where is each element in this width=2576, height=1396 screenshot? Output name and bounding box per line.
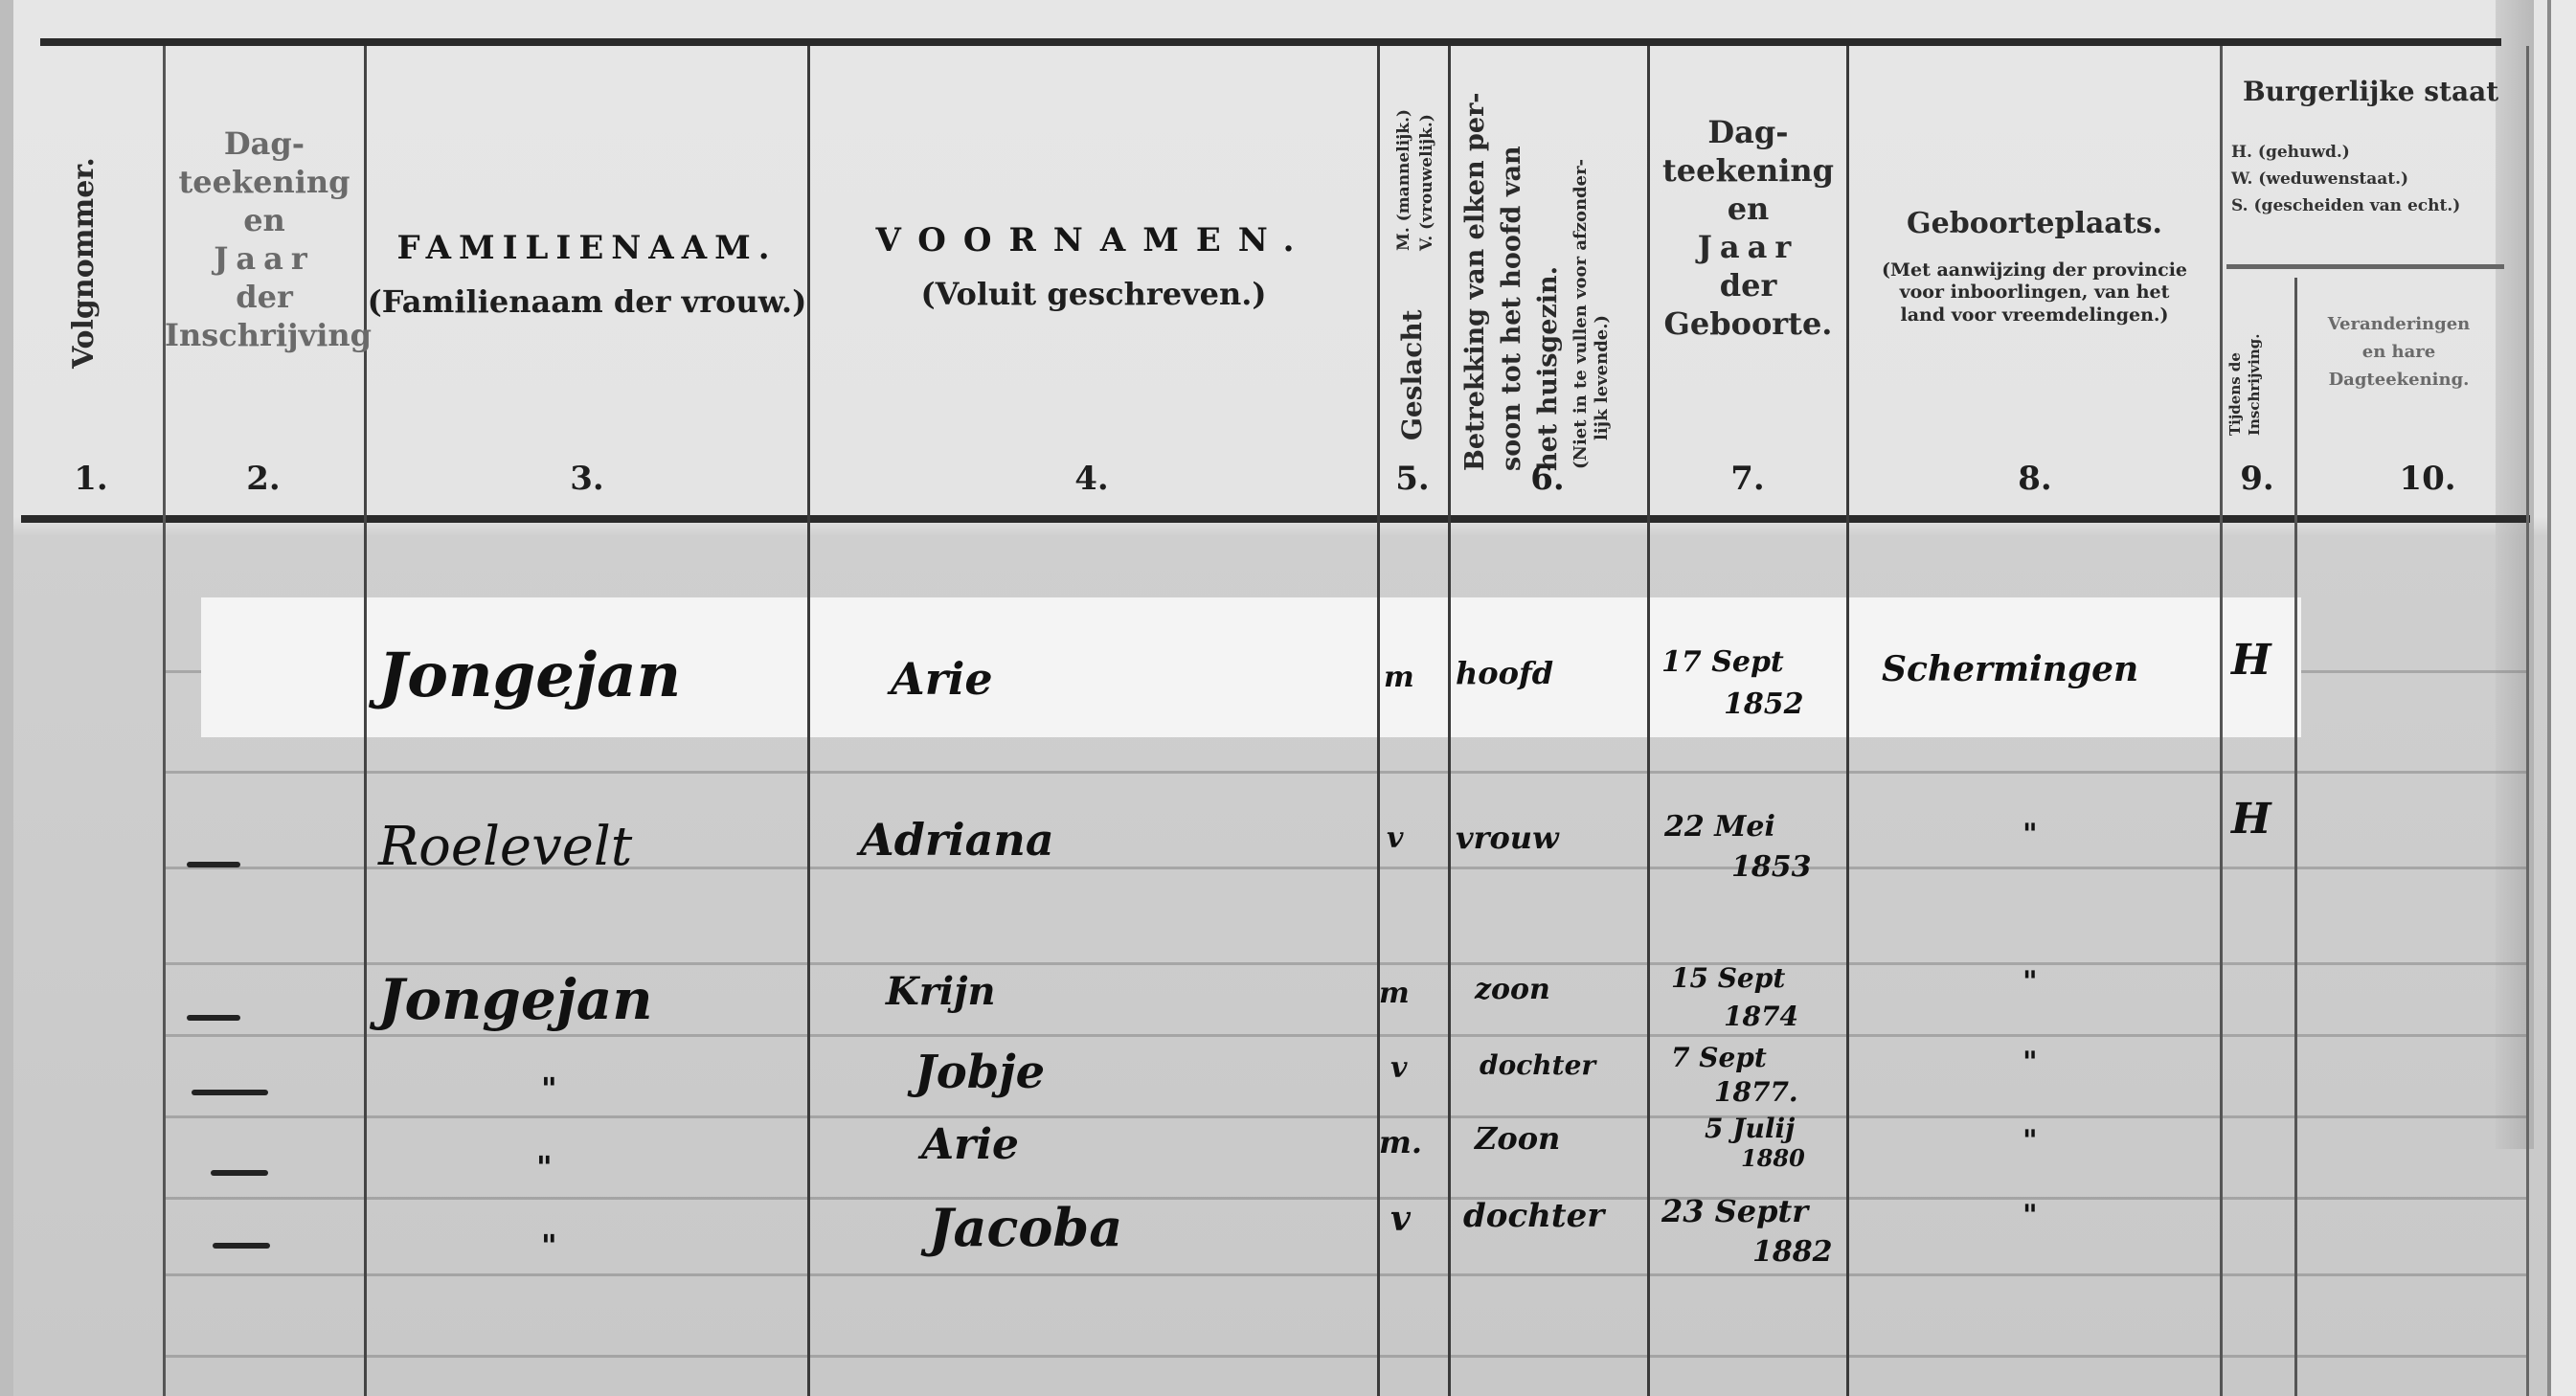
geboortejaar-cell: 1853 [1731,850,1812,884]
header-line: soon tot het hoofd van [1494,92,1530,471]
geboortedatum-cell: 7 Sept [1671,1042,1767,1073]
geslacht-cell: m. [1379,1124,1422,1160]
header-line: Betrekking van elken per- [1457,92,1494,471]
ledger-rule [163,1034,2528,1037]
inschrijving-dash [192,1090,268,1095]
header-geboorteplaats: Geboorteplaats. (Met aanwijzing der prov… [1849,206,2220,327]
header-bottom-rule [21,515,2530,523]
header-line: en hare [2298,339,2499,367]
header-line: der [1650,266,1846,304]
voornamen-cell: Krijn [886,969,996,1014]
header-line: Inschrijving. [2245,334,2264,436]
column-divider [1377,46,1380,1396]
ledger-rule [163,1197,2528,1200]
geboortejaar-cell: 1874 [1724,1001,1798,1032]
column-number: 7. [1719,460,1776,498]
header-line: (Niet in te vullen voor afzonder- [1570,159,1592,469]
inschrijving-dash [213,1243,270,1249]
column-divider [2294,278,2297,1396]
geboortedatum-cell: 17 Sept [1661,645,1784,679]
column-number: 8. [2006,460,2064,498]
geboortejaar-cell: 1880 [1741,1144,1805,1172]
column-number: 5. [1384,460,1441,498]
column-divider [2526,46,2529,1396]
familienaam-cell: " [541,1070,557,1107]
familienaam-cell: Jongejan [378,967,653,1032]
geslacht-cell: m [1384,661,1414,694]
familienaam-cell: Roelevelt [378,816,632,878]
familienaam-cell: " [541,1227,557,1264]
header-line: teekening [165,163,364,201]
geboortejaar-cell: 1882 [1752,1235,1833,1269]
ledger-rule [163,1273,2528,1276]
header-line: der [165,278,364,316]
header-burgerlijke-staat: Burgerlijke staat [2224,75,2520,108]
header-line: Dagteekening. [2298,367,2499,394]
header-betrekking: Betrekking van elken per- soon tot het h… [1457,92,1567,471]
column-divider [2220,46,2223,1396]
header-line: Dag- [1650,113,1846,151]
geboortedatum-cell: 15 Sept [1671,962,1785,994]
header-familienaam: FAMILIENAAM. (Familienaam der vrouw.) [367,228,807,321]
geboorteplaats-cell: " [2022,1199,2038,1232]
geboortejaar-cell: 1852 [1724,687,1804,721]
header-line: (Met aanwijzing der provincie [1849,259,2220,282]
header-inschrijving: Dag- teekening en Jaar der Inschrijving [165,124,364,354]
familienaam-cell: " [536,1149,553,1185]
legend-item: W. (weduwenstaat.) [2231,166,2460,192]
voornamen-cell: Adriana [860,814,1054,866]
inschrijving-dash [187,1015,240,1021]
header-line: Tijdens de [2226,334,2245,436]
column-number: 1. [62,460,120,498]
ledger-rule [163,1115,2528,1118]
geboorteplaats-cell: " [2022,1124,2038,1158]
geboorteplaats-cell: " [2022,965,2038,999]
voornamen-cell: Jobje [915,1046,1045,1099]
betrekking-cell: dochter [1463,1197,1604,1235]
voornamen-cell: Arie [921,1120,1019,1169]
header-line: lijk levende.) [1592,159,1613,469]
register-page: Volgnommer. Dag- teekening en Jaar der I… [0,0,2576,1396]
header-line: voor inboorlingen, van het [1849,281,2220,304]
header-top-rule [40,38,2501,46]
column-number: 4. [1063,460,1120,498]
header-veranderingen: Veranderingen en hare Dagteekening. [2298,311,2499,394]
header-line: Veranderingen [2298,311,2499,339]
column-number: 2. [235,460,292,498]
burgerlijke-staat-cell: H [2231,636,2271,685]
column-divider [1448,46,1451,1396]
header-note: (Met aanwijzing der provincie voor inboo… [1849,259,2220,327]
ledger-rule [163,1355,2528,1358]
header-line: en [1650,190,1846,228]
header-line: het huisgezin. [1530,92,1567,471]
betrekking-cell: dochter [1480,1049,1595,1081]
geboortedatum-cell: 23 Septr [1661,1193,1808,1229]
header-title: Geboorteplaats. [1849,206,2220,242]
header-geslacht-v: V. (vrouwelijk.) [1417,114,1436,251]
burgerlijke-staat-cell: H [2231,795,2271,844]
familienaam-cell: Jongejan [378,640,681,711]
header-voornamen: VOORNAMEN. (Voluit geschreven.) [810,220,1377,313]
geboortedatum-cell: 22 Mei [1664,810,1775,844]
header-title: FAMILIENAAM. [367,228,807,269]
header-geboorte-datum: Dag- teekening en Jaar der Geboorte. [1650,113,1846,343]
burgerlijke-staat-divider [2226,264,2504,269]
header-line: Dag- [165,124,364,163]
geboorteplaats-cell: Schermingen [1882,649,2138,689]
voornamen-cell: Jacoba [929,1197,1122,1258]
header-line: en [165,201,364,239]
geboorteplaats-cell: " [2022,818,2038,851]
burgerlijke-staat-legend: H. (gehuwd.) W. (weduwenstaat.) S. (gesc… [2231,139,2460,219]
header-tijdens-inschrijving: Tijdens de Inschrijving. [2226,334,2264,436]
header-subtitle: (Voluit geschreven.) [810,275,1377,313]
inschrijving-dash [187,862,240,867]
inschrijving-dash [211,1170,268,1176]
geboortedatum-cell: 5 Julij [1705,1113,1795,1144]
header-line: teekening [1650,151,1846,190]
header-title: VOORNAMEN. [810,220,1377,261]
geslacht-cell: v [1387,822,1403,855]
geslacht-cell: m [1379,977,1410,1010]
voornamen-cell: Arie [891,653,993,705]
header-line: Inschrijving [165,316,364,354]
ledger-rule [163,962,2528,965]
betrekking-cell: hoofd [1456,655,1553,691]
header-subtitle: (Familienaam der vrouw.) [367,282,807,321]
header-line: Jaar [165,239,364,278]
header-volgnommer: Volgnommer. [67,157,101,369]
betrekking-cell: zoon [1475,973,1550,1006]
betrekking-cell: Zoon [1475,1120,1560,1157]
header-geslacht-m: M. (mannelijk.) [1394,109,1413,251]
header-line: Geboorte. [1650,304,1846,343]
header-line: Jaar [1650,228,1846,266]
betrekking-cell: vrouw [1456,820,1559,856]
geboortejaar-cell: 1877. [1714,1076,1798,1108]
page-right-edge [2547,0,2576,1396]
column-number: 3. [558,460,616,498]
geslacht-cell: v [1390,1199,1411,1239]
header-line: land voor vreemdelingen.) [1849,304,2220,327]
column-number: 6. [1519,460,1576,498]
page-left-edge [0,0,13,1396]
legend-item: S. (gescheiden van echt.) [2231,192,2460,219]
column-number: 9. [2228,460,2286,498]
geslacht-cell: v [1390,1051,1407,1085]
legend-item: H. (gehuwd.) [2231,139,2460,166]
geboorteplaats-cell: " [2022,1046,2038,1079]
header-betrekking-note: (Niet in te vullen voor afzonder- lijk l… [1570,159,1613,469]
ledger-rule [163,771,2528,774]
header-geslacht: Geslacht [1396,309,1428,440]
column-number: 10. [2399,460,2456,498]
